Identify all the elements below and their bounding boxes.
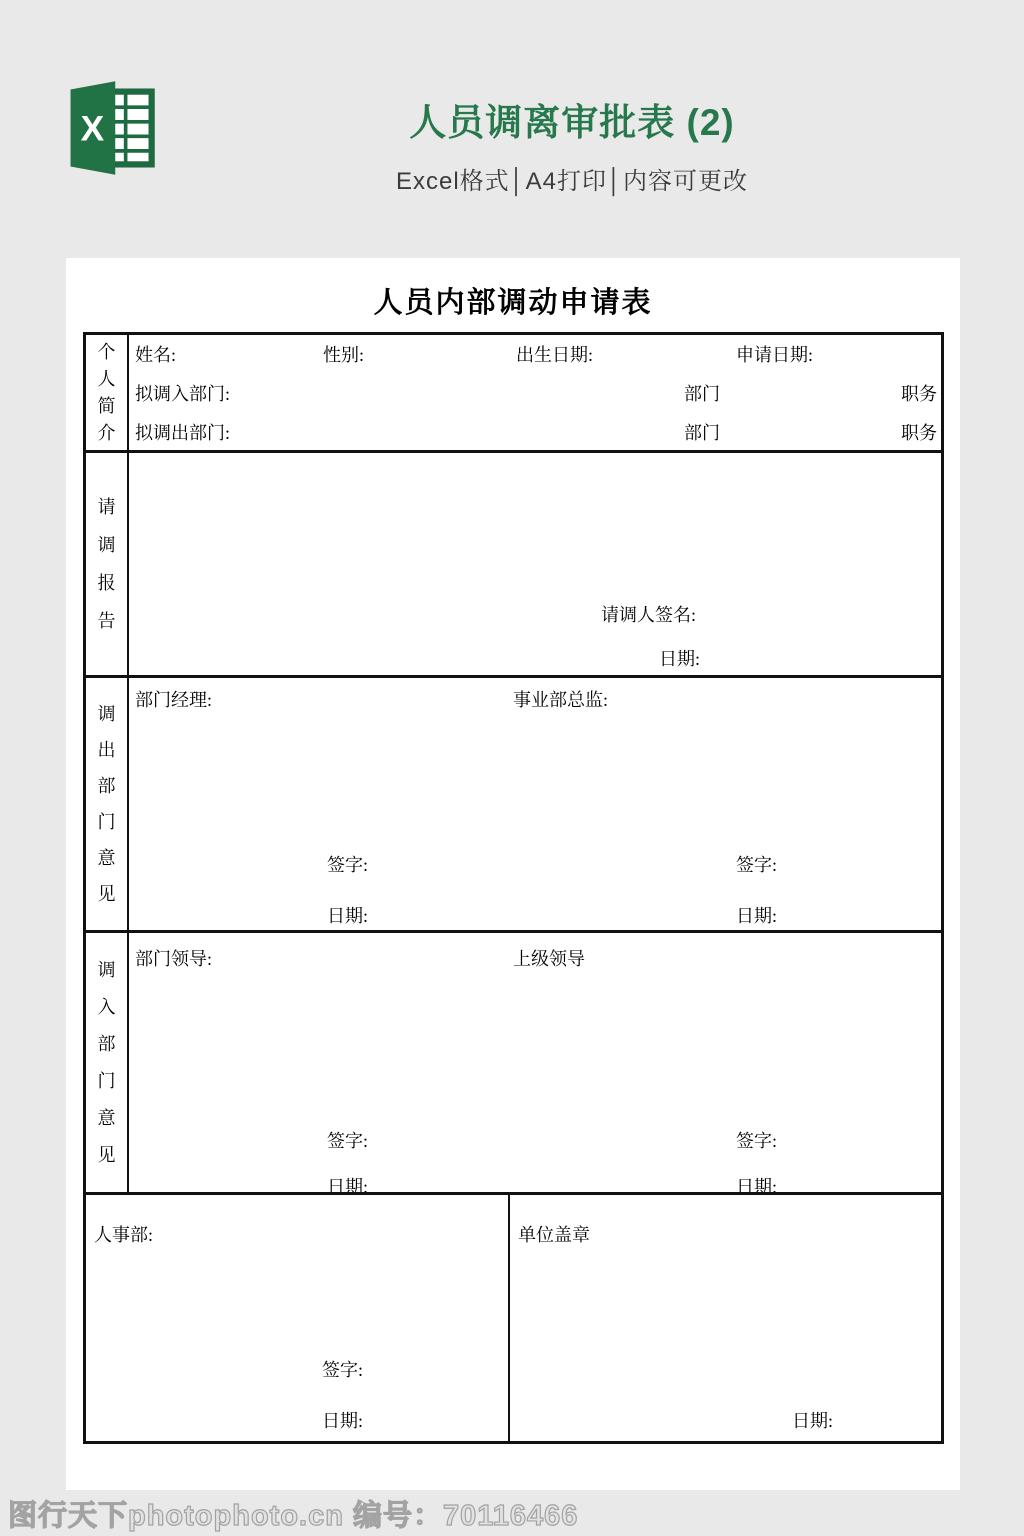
transfer-report-cell: 请调人签名: 日期: xyxy=(129,453,941,675)
label-dept-leader: 部门领导: xyxy=(135,949,212,971)
transfer-in-opinion-cell: 部门领导: 上级领导 签字: 签字: 日期: 日期: xyxy=(129,933,941,1192)
label-sign-right: 签字: xyxy=(736,855,777,877)
form-table: 个人简介 姓名: 性别: 出生日期: 申请日期: 拟调入部门: 部门 职务 拟调… xyxy=(83,332,944,1444)
label-senior-leader: 上级领导 xyxy=(513,949,585,971)
template-title: 人员调离审批表 (2) xyxy=(130,92,1014,146)
label-sign-left: 签字: xyxy=(327,855,368,877)
label-sign-right: 签字: xyxy=(736,1131,777,1153)
section-transfer-report: 请调报告 请调人签名: 日期: xyxy=(86,450,941,675)
section-transfer-in-opinion: 调入部门意见 部门领导: 上级领导 签字: 签字: 日期: 日期: xyxy=(86,930,941,1192)
section-hr-seal: 人事部: 签字: 日期: 单位盖章 日期: xyxy=(86,1192,941,1441)
vertical-header-transfer-in-opinion: 调入部门意见 xyxy=(86,933,129,1192)
label-sign-left: 签字: xyxy=(327,1131,368,1153)
hr-dept-cell: 人事部: 签字: 日期: xyxy=(86,1195,510,1441)
transfer-out-opinion-cell: 部门经理: 事业部总监: 签字: 签字: 日期: 日期: xyxy=(129,678,941,930)
label-dept-2: 部门 xyxy=(684,423,720,445)
label-dept-1: 部门 xyxy=(684,384,720,406)
watermark-text: 图行天下photophoto.cn 编号：70116466 xyxy=(8,1493,578,1534)
label-applicant-sign: 请调人签名: xyxy=(601,605,696,627)
label-transfer-in-dept: 拟调入部门: xyxy=(135,384,230,406)
section-personal-info: 个人简介 姓名: 性别: 出生日期: 申请日期: 拟调入部门: 部门 职务 拟调… xyxy=(86,335,941,450)
header-text-block: 人员调离审批表 (2) Excel格式│A4打印│内容可更改 xyxy=(130,92,1014,196)
label-report-date: 日期: xyxy=(659,649,700,671)
company-seal-cell: 单位盖章 日期: xyxy=(510,1195,941,1441)
label-company-seal: 单位盖章 xyxy=(518,1225,590,1247)
label-transfer-out-dept: 拟调出部门: xyxy=(135,423,230,445)
label-sign: 签字: xyxy=(322,1360,363,1382)
label-division-director: 事业部总监: xyxy=(513,690,608,712)
label-dept-manager: 部门经理: xyxy=(135,690,212,712)
label-position-1: 职务 xyxy=(901,384,937,406)
label-position-2: 职务 xyxy=(901,423,937,445)
personal-info-cell: 姓名: 性别: 出生日期: 申请日期: 拟调入部门: 部门 职务 拟调出部门: … xyxy=(129,335,941,450)
form-title: 人员内部调动申请表 xyxy=(66,280,960,321)
label-date-right: 日期: xyxy=(736,906,777,928)
label-date-left: 日期: xyxy=(322,1411,363,1433)
vertical-header-transfer-out-opinion: 调出部门意见 xyxy=(86,678,129,930)
vertical-header-personal-info: 个人简介 xyxy=(86,335,129,450)
label-date-left: 日期: xyxy=(327,906,368,928)
vertical-header-transfer-report: 请调报告 xyxy=(86,453,129,675)
label-hr-dept: 人事部: xyxy=(94,1225,153,1247)
section-transfer-out-opinion: 调出部门意见 部门经理: 事业部总监: 签字: 签字: 日期: 日期: xyxy=(86,675,941,930)
footer-bar: 图行天下photophoto.cn 编号：70116466 xyxy=(0,1488,1024,1536)
template-preview-page: 人员内部调动申请表 个人简介 姓名: 性别: 出生日期: 申请日期: 拟调入部门… xyxy=(66,258,960,1490)
label-gender: 性别: xyxy=(323,345,364,367)
label-birth-date: 出生日期: xyxy=(516,345,593,367)
label-name: 姓名: xyxy=(135,345,176,367)
label-apply-date: 申请日期: xyxy=(736,345,813,367)
label-date-right: 日期: xyxy=(792,1411,833,1433)
template-subtitle: Excel格式│A4打印│内容可更改 xyxy=(130,161,1014,196)
excel-icon-letter: X xyxy=(81,109,105,148)
page-header: X 人员调离审批表 (2) Excel格式│A4打印│内容可更改 xyxy=(0,0,1024,258)
